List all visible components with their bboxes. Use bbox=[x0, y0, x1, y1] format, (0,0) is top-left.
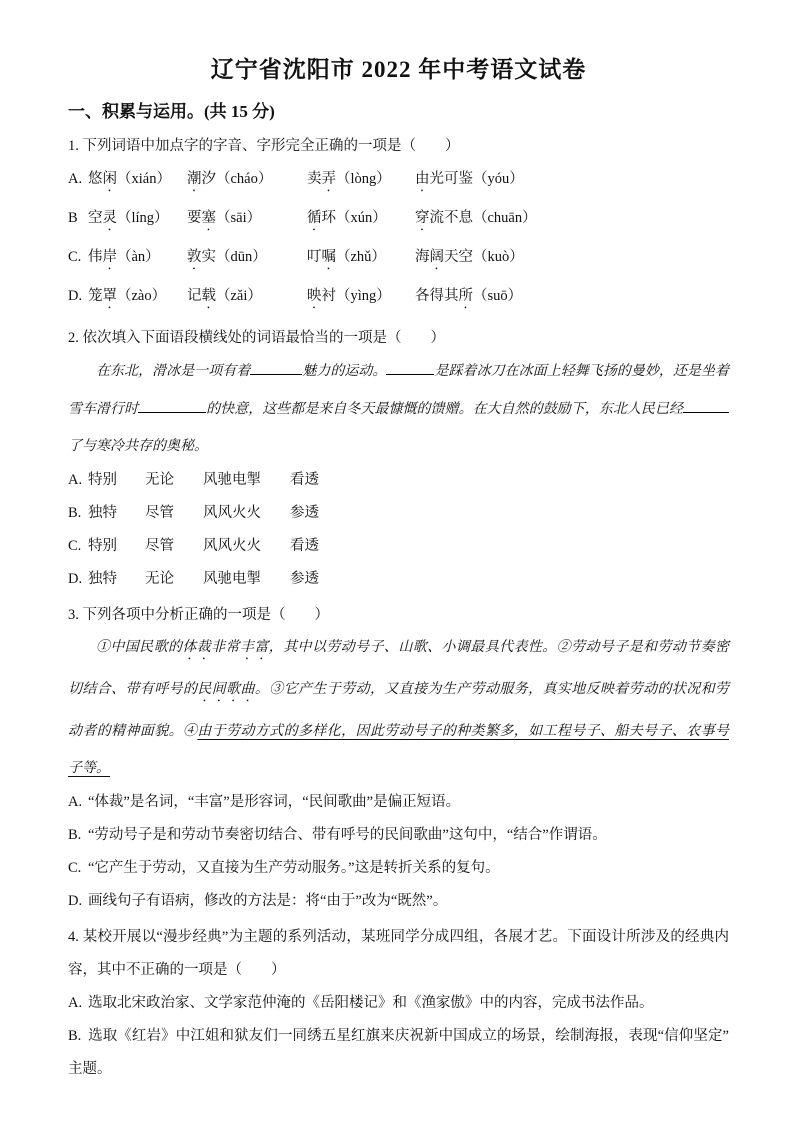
option-text: 选取北宋政治家、文学家范仲淹的《岳阳楼记》和《渔家傲》中的内容，完成书法作品。 bbox=[88, 993, 654, 1013]
option-text: 画线句子有语病，修改的方法是：将“由于”改为“既然”。 bbox=[88, 891, 447, 911]
q3-option-a: A. “体裁”是名词，“丰富”是形容词，“民间歌曲”是偏正短语。 bbox=[68, 792, 729, 812]
option-label: A. bbox=[68, 470, 88, 490]
pinyin: （yìng） bbox=[336, 288, 391, 304]
dotted-char: 穿 bbox=[415, 210, 430, 226]
pinyin: （zǎi） bbox=[216, 288, 262, 304]
option-text: “劳动号子是和劳动节奏密切结合、带有呼号的民间歌曲”这句中，“结合”作谓语。 bbox=[88, 825, 607, 845]
dotted-char: 阔 bbox=[430, 249, 445, 265]
dotted-char: 敦 bbox=[187, 249, 202, 265]
q2-option-c: C. 特别 尽管 风风火火 看透 bbox=[68, 536, 729, 556]
dotted-char: 嘱 bbox=[322, 249, 337, 265]
dotted-char: 所 bbox=[459, 288, 474, 304]
option-text: 选取《红岩》中江姐和狱友们一同绣五星红旗来庆祝新中国成立的场景，绘制海报，表现“… bbox=[88, 1028, 729, 1044]
blank-underline bbox=[138, 399, 206, 413]
word-item: 要塞（sāi） bbox=[187, 208, 307, 234]
pinyin: （sāi） bbox=[216, 210, 261, 226]
exam-paper-page: 辽宁省沈阳市 2022 年中考语文试卷 一、积累与运用。(共 15 分) 1. … bbox=[0, 0, 793, 1122]
q4-stem-line-1: 4. 某校开展以“漫步经典”为主题的系列活动，某班同学分成四组，各展才艺。下面设… bbox=[68, 927, 729, 947]
option-label: B. bbox=[68, 825, 88, 845]
option-label: C. bbox=[68, 858, 88, 878]
pinyin: （xián） bbox=[117, 171, 171, 187]
q2-stem: 2. 依次填入下面语段横线处的词语最恰当的一项是（ ） bbox=[68, 328, 729, 348]
q3-passage: ①中国民歌的体裁非常丰富，其中以劳动号子、山歌、小调最具代表性。②劳动号子是和劳… bbox=[68, 638, 729, 779]
q3-passage-line-3: 动者的精神面貌。④由于劳动方式的多样化，因此劳动号子的种类繁多，如工程号子、船夫… bbox=[68, 722, 729, 742]
word-item: 各得其所（suō） bbox=[415, 286, 522, 312]
pinyin: （dūn） bbox=[216, 249, 267, 265]
q3-option-b: B. “劳动号子是和劳动节奏密切结合、带有呼号的民间歌曲”这句中，“结合”作谓语… bbox=[68, 825, 729, 845]
page-title: 辽宁省沈阳市 2022 年中考语文试卷 bbox=[68, 56, 729, 84]
dotted-char: 由 bbox=[415, 171, 430, 187]
q2-passage-line-1: 在东北，滑冰是一项有着魅力的运动。是踩着冰刀在冰面上轻舞飞扬的曼妙，还是坐着 bbox=[68, 361, 729, 382]
q1-option-a: A. 悠闲（xián） 潮汐（cháo） 卖弄（lòng） 由光可鉴（yóu） bbox=[68, 169, 729, 195]
q1-option-b: B 空灵（líng） 要塞（sāi） 循环（xún） 穿流不息（chuān） bbox=[68, 208, 729, 234]
word-item: 循环（xún） bbox=[307, 208, 415, 234]
dotted-char: 映 bbox=[307, 288, 322, 304]
option-label: D. bbox=[68, 891, 88, 911]
q2-passage-line-2: 雪车滑行时的快意，这些都是来自冬天最慷慨的馈赠。在大自然的鼓励下，东北人民已经 bbox=[68, 399, 729, 420]
option-label: D. bbox=[68, 569, 88, 589]
dotted-char: 载 bbox=[202, 288, 217, 304]
option-text: “体裁”是名词，“丰富”是形容词，“民间歌曲”是偏正短语。 bbox=[88, 792, 460, 812]
q4-option-b-line-2: 主题。 bbox=[68, 1059, 729, 1079]
q3-passage-line-1: ①中国民歌的体裁非常丰富，其中以劳动号子、山歌、小调最具代表性。②劳动号子是和劳… bbox=[68, 638, 729, 663]
section-heading: 一、积累与运用。(共 15 分) bbox=[68, 102, 729, 122]
word-item: 叮嘱（zhǔ） bbox=[307, 247, 415, 273]
pinyin: （zào） bbox=[117, 288, 166, 304]
option-label: B bbox=[68, 208, 88, 228]
option-label: C. bbox=[68, 536, 88, 556]
pinyin: （yóu） bbox=[473, 171, 524, 187]
pinyin: （lòng） bbox=[336, 171, 391, 187]
option-label: A. bbox=[68, 993, 88, 1013]
pinyin: （kuò） bbox=[473, 249, 524, 265]
blank-underline bbox=[683, 399, 729, 413]
dotted-word: 丰富 bbox=[240, 640, 269, 655]
blank-underline bbox=[250, 361, 302, 375]
q1-option-c: C. 伟岸（àn） 敦实（dūn） 叮嘱（zhǔ） 海阔天空（kuò） bbox=[68, 247, 729, 273]
q3-passage-line-4: 子等。 bbox=[68, 759, 729, 779]
option-label: C. bbox=[68, 247, 88, 267]
word-item: 由光可鉴（yóu） bbox=[415, 169, 524, 195]
pinyin: （àn） bbox=[117, 249, 160, 265]
option-label: D. bbox=[68, 286, 88, 306]
option-label: B. bbox=[68, 1026, 88, 1046]
dotted-word: 体裁 bbox=[182, 640, 211, 655]
pinyin: （chuān） bbox=[473, 210, 537, 226]
word-item: 穿流不息（chuān） bbox=[415, 208, 537, 234]
q3-option-d: D. 画线句子有语病，修改的方法是：将“由于”改为“既然”。 bbox=[68, 891, 729, 911]
underlined-sentence: 由于劳动方式的多样化，因此劳动号子的种类繁多，如工程号子、船夫号子、农事号 bbox=[197, 724, 729, 739]
dotted-char: 灵 bbox=[103, 210, 118, 226]
q2-option-a: A. 特别 无论 风驰电掣 看透 bbox=[68, 470, 729, 490]
pinyin: （cháo） bbox=[216, 171, 272, 187]
pinyin: （líng） bbox=[117, 210, 169, 226]
underlined-sentence: 子等。 bbox=[68, 761, 110, 776]
option-label: A. bbox=[68, 792, 88, 812]
word-item: 敦实（dūn） bbox=[187, 247, 307, 273]
q3-option-c: C. “它产生于劳动，又直接为生产劳动服务。”这是转折关系的复句。 bbox=[68, 858, 729, 878]
dotted-char: 罩 bbox=[103, 288, 118, 304]
q2-option-d: D. 独特 无论 风驰电掣 参透 bbox=[68, 569, 729, 589]
word-item: 潮汐（cháo） bbox=[187, 169, 307, 195]
q4-stem-line-2: 容，其中不正确的一项是（ ） bbox=[68, 960, 729, 980]
word-item: 映衬（yìng） bbox=[307, 286, 415, 312]
word-item: 卖弄（lòng） bbox=[307, 169, 415, 195]
word-item: 笼罩（zào） bbox=[88, 286, 187, 312]
q3-stem: 3. 下列各项中分析正确的一项是（ ） bbox=[68, 605, 729, 625]
dotted-char: 弄 bbox=[322, 171, 337, 187]
pinyin: （xún） bbox=[336, 210, 387, 226]
dotted-char: 岸 bbox=[103, 249, 118, 265]
dotted-char: 塞 bbox=[202, 210, 217, 226]
dotted-char: 闲 bbox=[103, 171, 118, 187]
q2-passage: 在东北，滑冰是一项有着魅力的运动。是踩着冰刀在冰面上轻舞飞扬的曼妙，还是坐着 雪… bbox=[68, 361, 729, 457]
dotted-char: 潮 bbox=[187, 171, 202, 187]
word-item: 伟岸（àn） bbox=[88, 247, 187, 273]
dotted-word: 民间歌曲 bbox=[197, 682, 255, 697]
option-label: A. bbox=[68, 169, 88, 189]
option-label: B. bbox=[68, 503, 88, 523]
option-text: “它产生于劳动，又直接为生产劳动服务。”这是转折关系的复句。 bbox=[88, 858, 500, 878]
blank-underline bbox=[386, 361, 434, 375]
q4-option-a: A. 选取北宋政治家、文学家范仲淹的《岳阳楼记》和《渔家傲》中的内容，完成书法作… bbox=[68, 993, 729, 1013]
dotted-char: 循 bbox=[307, 210, 322, 226]
word-item: 海阔天空（kuò） bbox=[415, 247, 524, 273]
q2-option-b: B. 独特 尽管 风风火火 参透 bbox=[68, 503, 729, 523]
q2-passage-line-3: 了与寒冷共存的奥秘。 bbox=[68, 437, 729, 457]
word-item: 记载（zǎi） bbox=[187, 286, 307, 312]
q1-stem: 1. 下列词语中加点字的字音、字形完全正确的一项是（ ） bbox=[68, 136, 729, 156]
pinyin: （suō） bbox=[473, 288, 522, 304]
q4-option-b-line-1: B.选取《红岩》中江姐和狱友们一同绣五星红旗来庆祝新中国成立的场景，绘制海报，表… bbox=[68, 1026, 729, 1046]
q1-option-d: D. 笼罩（zào） 记载（zǎi） 映衬（yìng） 各得其所（suō） bbox=[68, 286, 729, 312]
word-item: 悠闲（xián） bbox=[88, 169, 187, 195]
word-item: 空灵（líng） bbox=[88, 208, 187, 234]
pinyin: （zhǔ） bbox=[336, 249, 386, 265]
q3-passage-line-2: 切结合、带有呼号的民间歌曲。③它产生于劳动，又直接为生产劳动服务，真实地反映着劳… bbox=[68, 680, 729, 705]
